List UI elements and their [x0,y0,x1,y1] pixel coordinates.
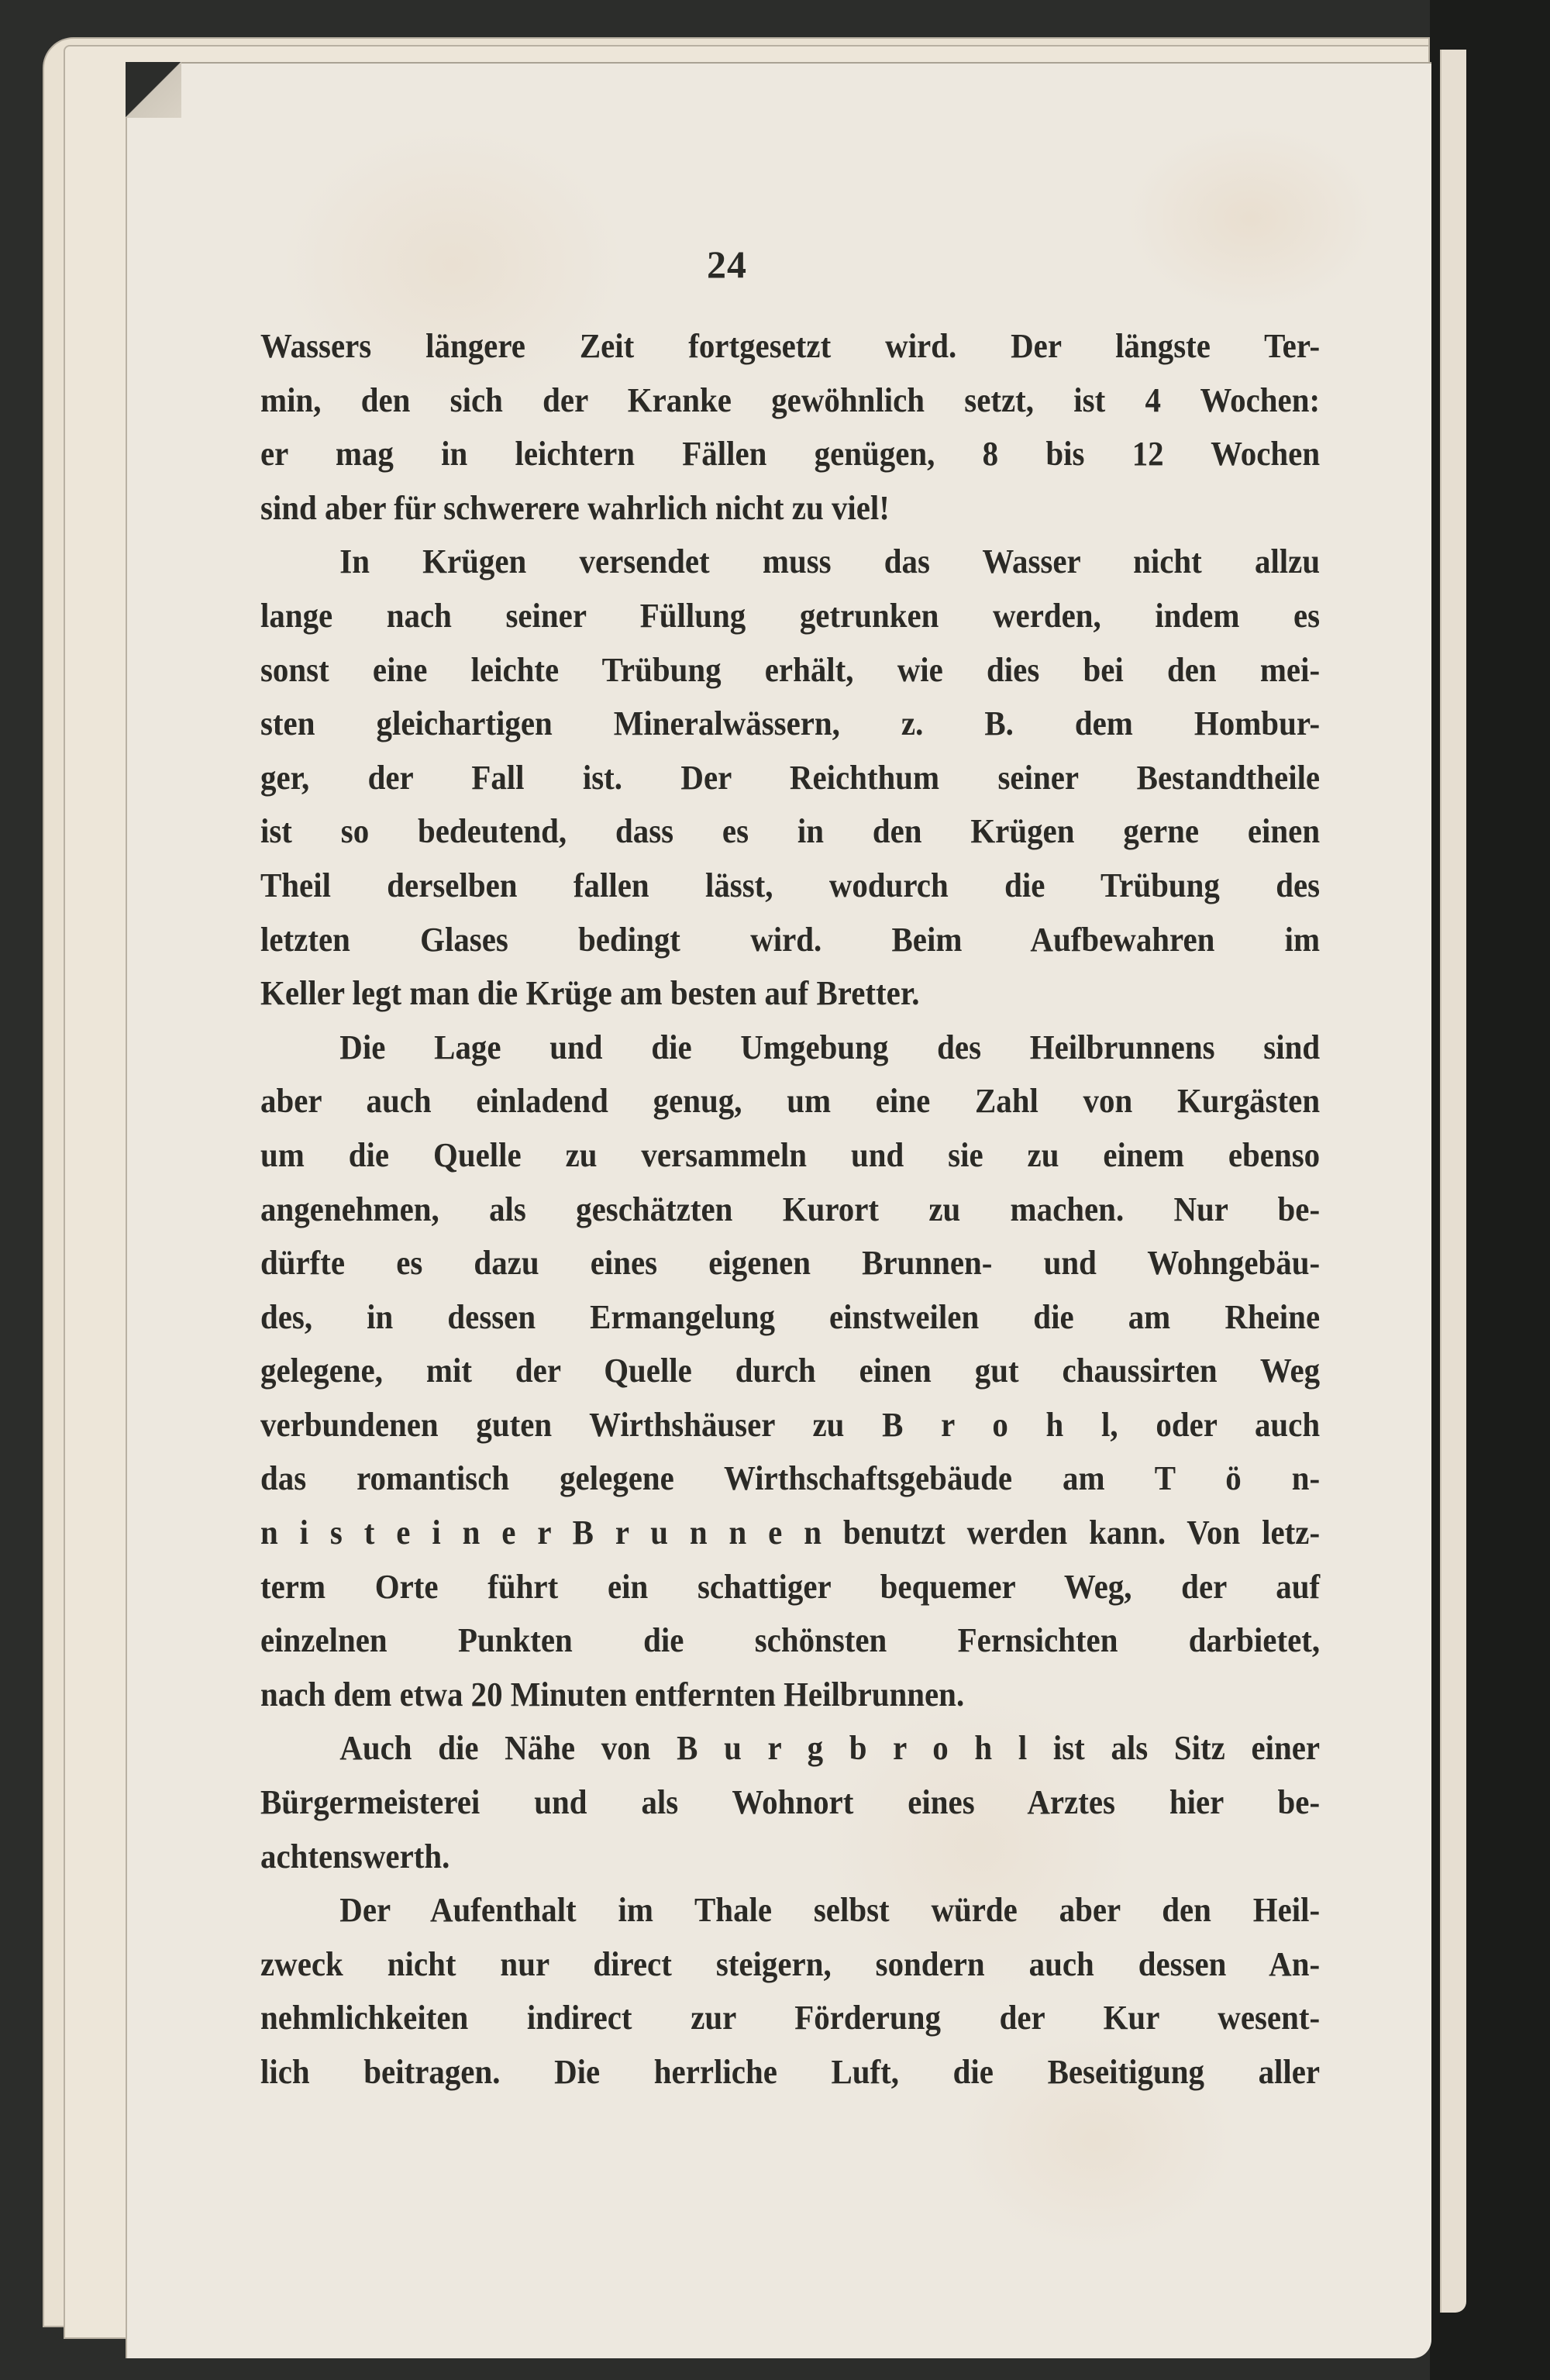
text-line: sten gleichartigen Mineralwässern, z. B.… [260,697,1320,751]
text-line: n i s t e i n e r B r u n n e n benutzt … [260,1506,1320,1560]
text-line: min, den sich der Kranke gewöhnlich setz… [260,374,1320,428]
text-line: lange nach seiner Füllung getrunken werd… [260,589,1320,643]
text-line: gelegene, mit der Quelle durch einen gut… [260,1344,1320,1398]
folded-corner [126,62,181,118]
text-line: dürfte es dazu eines eigenen Brunnen- un… [260,1236,1320,1290]
text-line: letzten Glases bedingt wird. Beim Aufbew… [260,913,1320,967]
text-line: ist so bedeutend, dass es in den Krügen … [260,804,1320,859]
text-line: Theil derselben fallen lässt, wodurch di… [260,859,1320,913]
text-line: um die Quelle zu versammeln und sie zu e… [260,1128,1320,1183]
page-number: 24 [0,242,1502,287]
text-line: Der Aufenthalt im Thale selbst würde abe… [260,1883,1320,1937]
text-line: Die Lage und die Umgebung des Heilbrunne… [260,1021,1320,1075]
text-line: Bürgermeisterei und als Wohnort eines Ar… [260,1776,1320,1830]
text-line: verbundenen guten Wirthshäuser zu B r o … [260,1398,1320,1452]
text-line: Wassers längere Zeit fortgesetzt wird. D… [260,319,1320,374]
text-line: ger, der Fall ist. Der Reichthum seiner … [260,751,1320,805]
text-line: In Krügen versendet muss das Wasser nich… [260,535,1320,589]
text-line: des, in dessen Ermangelung einstweilen d… [260,1290,1320,1345]
text-line: er mag in leichtern Fällen genügen, 8 bi… [260,427,1320,481]
text-line: Auch die Nähe von B u r g b r o h l ist … [260,1721,1320,1776]
text-line: nehmlichkeiten indirect zur Förderung de… [260,1991,1320,2045]
text-line: term Orte führt ein schattiger bequemer … [260,1560,1320,1614]
body-text: Wassers längere Zeit fortgesetzt wird. D… [260,319,1246,2099]
text-line: angenehmen, als geschätzten Kurort zu ma… [260,1183,1320,1237]
text-line: sind aber für schwerere wahrlich nicht z… [260,481,1320,536]
facing-page-edge [1440,50,1466,2313]
text-line: zweck nicht nur direct steigern, sondern… [260,1937,1320,1992]
text-line: achtenswerth. [260,1830,1320,1884]
text-line: sonst eine leichte Trübung erhält, wie d… [260,643,1320,697]
text-line: lich beitragen. Die herrliche Luft, die … [260,2045,1320,2099]
text-line: Keller legt man die Krüge am besten auf … [260,966,1320,1021]
text-line: nach dem etwa 20 Minuten entfernten Heil… [260,1668,1320,1722]
text-line: das romantisch gelegene Wirthschaftsgebä… [260,1452,1320,1506]
text-line: aber auch einladend genug, um eine Zahl … [260,1074,1320,1128]
text-line: einzelnen Punkten die schönsten Fernsich… [260,1614,1320,1668]
